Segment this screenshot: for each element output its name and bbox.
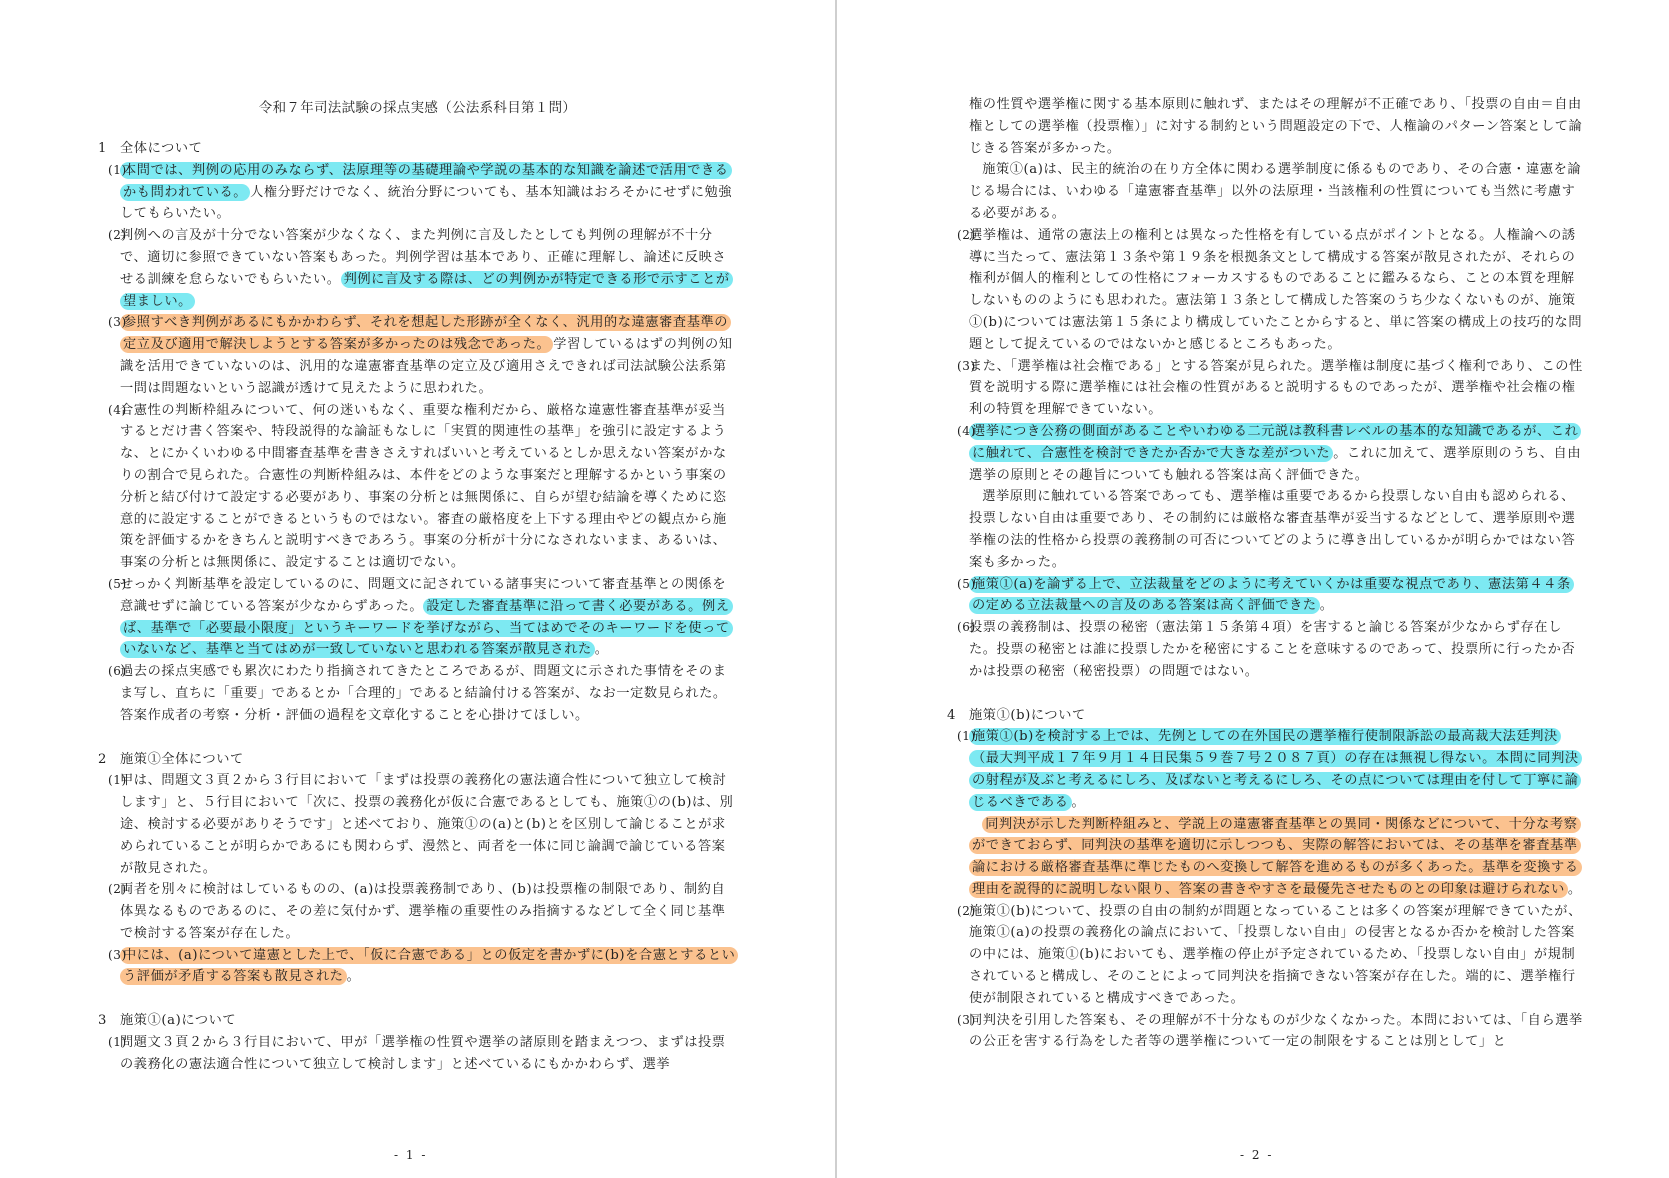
highlight-cyan: 施策①(a)を論ずる上で、立法裁量をどのように考えていくかは重要な視点であり、憲…: [969, 576, 1574, 615]
section-1-heading: 1全体について: [98, 138, 738, 160]
highlight-orange: 中には、(a)について違憲とした上で、「仮に合憲である」との仮定を書かずに(b)…: [120, 947, 738, 986]
s4-item-3: (3)同判決を引用した答案も、その理解が不十分なものが少なくなかった。本問におい…: [947, 1010, 1583, 1054]
page-1-content: 1全体について (1)本問では、判例の応用のみならず、法原理等の基礎理論や学説の…: [98, 138, 738, 1076]
s4-item-1: (1)施策①(b)を検討する上では、先例としての在外国民の選挙権行使制限訴訟の最…: [947, 726, 1583, 813]
s4-item-2: (2)施策①(b)について、投票の自由の制約が問題となっていることは多くの答案が…: [947, 901, 1583, 1010]
s3-item-6: (6)投票の義務制は、投票の秘密（憲法第１５条第４項）を害すると論じる答案が少な…: [947, 617, 1583, 682]
s3-item-4: (4)選挙につき公務の側面があることやいわゆる二元説は教科書レベルの基本的な知識…: [947, 421, 1583, 486]
s3-item-2: (2)選挙権は、通常の憲法上の権利とは異なった性格を有している点がポイントとなる…: [947, 225, 1583, 356]
highlight-cyan: 施策①(b)を検討する上では、先例としての在外国民の選挙権行使制限訴訟の最高裁大…: [969, 728, 1582, 810]
document-title: 令和７年司法試験の採点実感（公法系科目第１問）: [0, 96, 835, 116]
section-2-heading: 2施策①全体について: [98, 749, 738, 771]
section-3-heading: 3施策①(a)について: [98, 1010, 738, 1032]
s3-item-3: (3)また、「選挙権は社会権である」とする答案が見られた。選挙権は制度に基づく権…: [947, 356, 1583, 421]
s1-item-6: (6)過去の採点実感でも累次にわたり指摘されてきたところであるが、問題文に示され…: [98, 661, 738, 726]
section-4-heading: 4施策①(b)について: [947, 705, 1583, 727]
page-2: 権の性質や選挙権に関する基本原則に触れず、またはその理解が不正確であり、「投票の…: [837, 0, 1669, 1178]
s2-item-2: (2)両者を別々に検討はしているものの、(a)は投票義務制であり、(b)は投票権…: [98, 879, 738, 944]
page-1: 令和７年司法試験の採点実感（公法系科目第１問） 1全体について (1)本問では、…: [0, 0, 835, 1178]
s2-item-3: (3)中には、(a)について違憲とした上で、「仮に合憲である」との仮定を書かずに…: [98, 945, 738, 989]
s1-item-4: (4)合憲性の判断枠組みについて、何の迷いもなく、重要な権利だから、厳格な違憲性…: [98, 400, 738, 574]
highlight-orange: 同判決が示した判断枠組みと、学説上の違憲審査基準との異同・関係などについて、十分…: [969, 816, 1582, 898]
page-number: - 2 -: [1240, 1148, 1273, 1162]
s3-item-1-paragraph-2: 施策①(a)は、民主的統治の在り方全体に関わる選挙制度に係るものであり、その合憲…: [947, 159, 1583, 224]
s1-item-5: (5)せっかく判断基準を設定しているのに、問題文に記されている諸事実について審査…: [98, 574, 738, 661]
s3-item-1-continuation: 権の性質や選挙権に関する基本原則に触れず、またはその理解が不正確であり、「投票の…: [947, 94, 1583, 159]
page-number: - 1 -: [394, 1148, 427, 1162]
s3-item-1: (1)問題文３頁２から３行目において、甲が「選挙権の性質や選挙の諸原則を踏まえつ…: [98, 1032, 738, 1076]
s1-item-3: (3)参照すべき判例があるにもかかわらず、それを想起した形跡が全くなく、汎用的な…: [98, 312, 738, 399]
s3-item-4-paragraph-2: 選挙原則に触れている答案であっても、選挙権は重要であるから投票しない自由も認めら…: [947, 486, 1583, 573]
s2-item-1: (1)甲は、問題文３頁２から３行目において「まずは投票の義務化の憲法適合性につい…: [98, 770, 738, 879]
s1-item-1: (1)本問では、判例の応用のみならず、法原理等の基礎理論や学説の基本的な知識を論…: [98, 160, 738, 225]
s3-item-5: (5)施策①(a)を論ずる上で、立法裁量をどのように考えていくかは重要な視点であ…: [947, 574, 1583, 618]
s4-item-1-paragraph-2: 同判決が示した判断枠組みと、学説上の違憲審査基準との異同・関係などについて、十分…: [947, 814, 1583, 901]
page-2-content: 権の性質や選挙権に関する基本原則に触れず、またはその理解が不正確であり、「投票の…: [947, 94, 1583, 1053]
s1-item-2: (2)判例への言及が十分でない答案が少なくなく、また判例に言及したとしても判例の…: [98, 225, 738, 312]
